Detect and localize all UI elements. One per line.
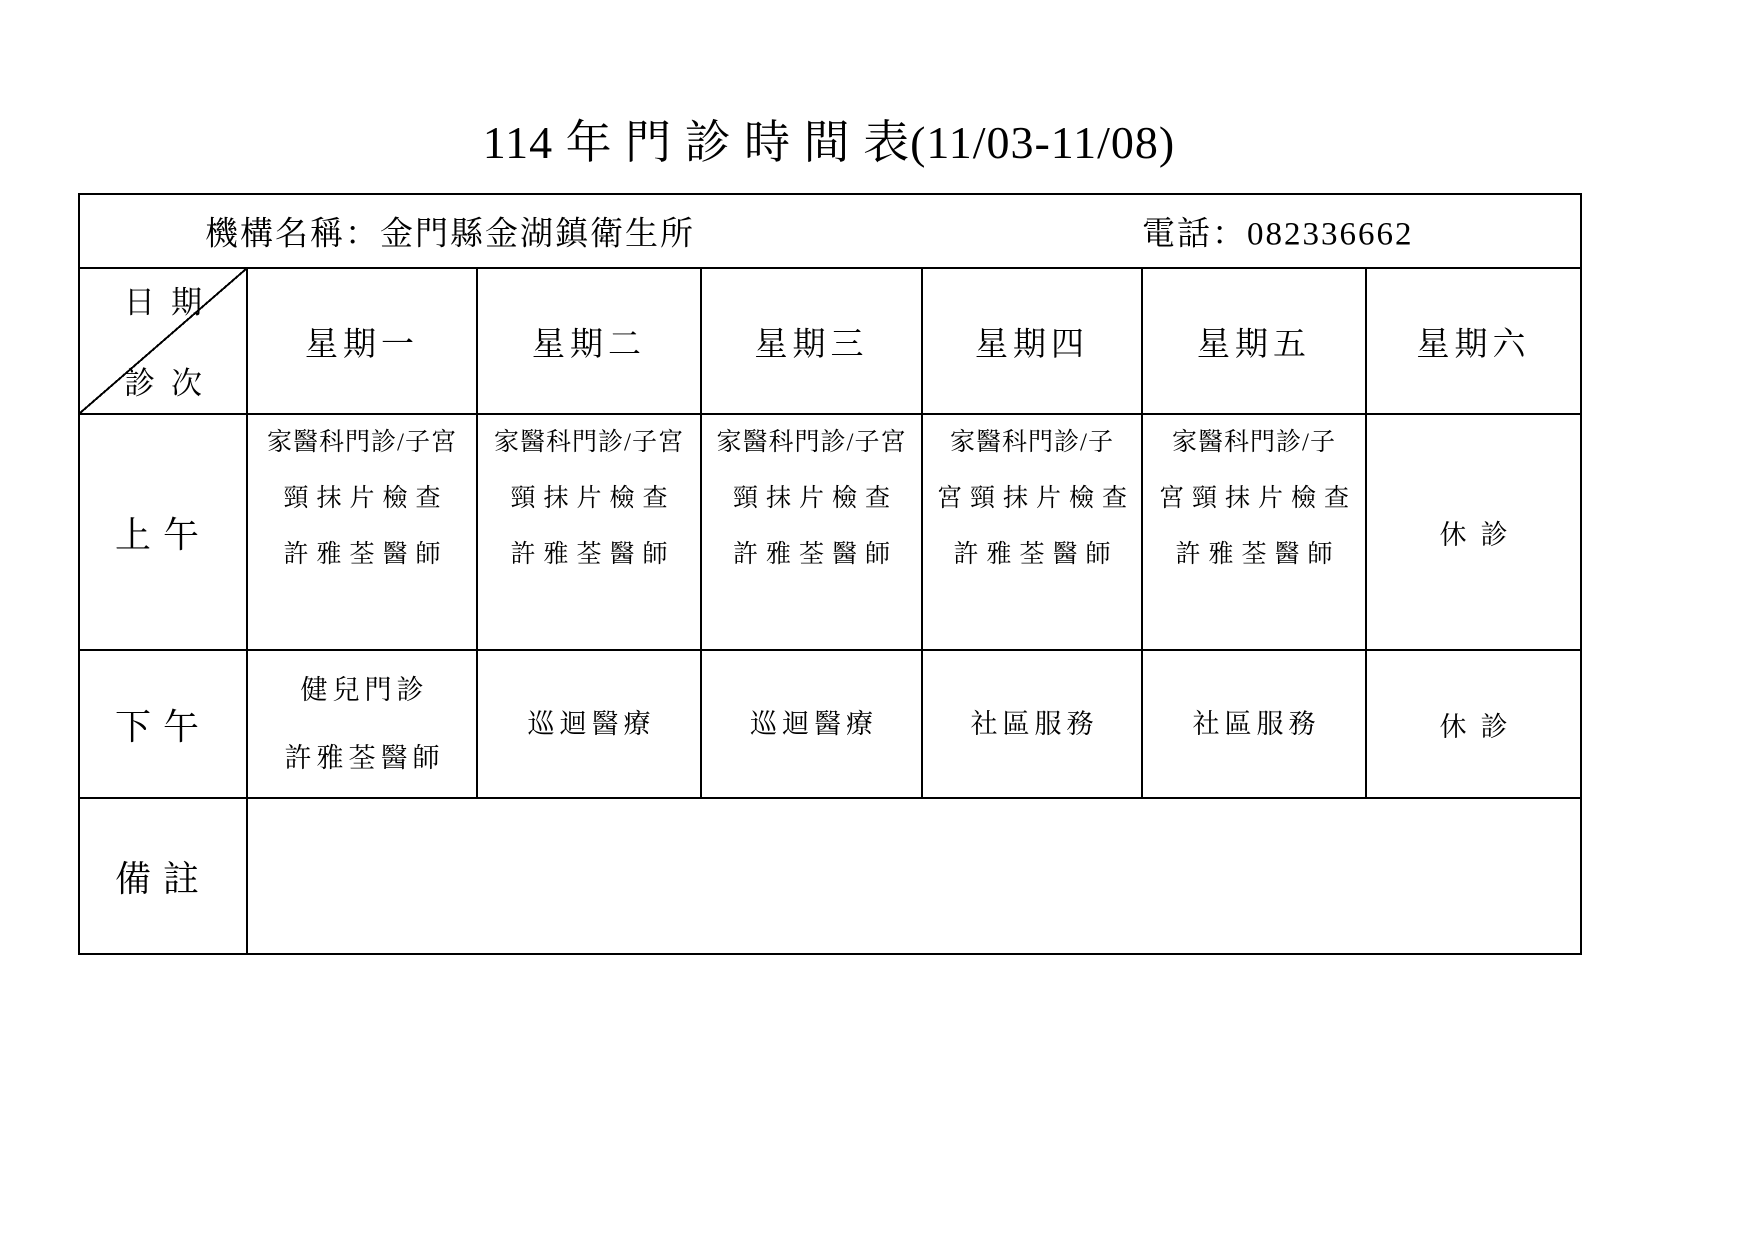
cell-afternoon-tuesday: 巡迴醫療: [477, 650, 701, 798]
cell-line: 頸抹片檢查: [478, 471, 700, 527]
cell-line: 休診: [1367, 513, 1580, 552]
cell-line: 社區服務: [923, 690, 1141, 758]
cell-line: 家醫科門診/子宮: [702, 415, 921, 471]
day-header-tuesday: 星期二: [477, 268, 701, 414]
corner-cell-date-session: 日期 診次: [79, 268, 247, 414]
institution-name: 機構名稱：金門縣金湖鎮衛生所: [205, 208, 695, 255]
cell-line: 社區服務: [1143, 690, 1365, 758]
cell-line: 許雅荃醫師: [248, 724, 476, 792]
cell-line: 許雅荃醫師: [1143, 527, 1365, 583]
cell-afternoon-wednesday: 巡迴醫療: [701, 650, 922, 798]
cell-afternoon-monday: 健兒門診 許雅荃醫師: [247, 650, 477, 798]
row-label-afternoon: 下午: [79, 650, 247, 798]
cell-morning-saturday: 休診: [1366, 414, 1581, 650]
cell-line: 頸抹片檢查: [248, 471, 476, 527]
afternoon-row: 下午 健兒門診 許雅荃醫師 巡迴醫療 巡迴醫療 社區服務 社區服務 休診: [79, 650, 1581, 798]
cell-line: 家醫科門診/子宮: [248, 415, 476, 471]
morning-row: 上午 家醫科門診/子宮 頸抹片檢查 許雅荃醫師 家醫科門診/子宮 頸抹片檢查 許…: [79, 414, 1581, 650]
corner-label-session: 診次: [80, 358, 246, 403]
row-label-remarks: 備註: [79, 798, 247, 954]
cell-line: 許雅荃醫師: [702, 527, 921, 583]
corner-label-date: 日期: [80, 277, 246, 322]
day-header-thursday: 星期四: [922, 268, 1142, 414]
cell-line: 許雅荃醫師: [248, 527, 476, 583]
cell-morning-wednesday: 家醫科門診/子宮 頸抹片檢查 許雅荃醫師: [701, 414, 922, 650]
cell-line: 巡迴醫療: [702, 690, 921, 758]
cell-line: 許雅荃醫師: [923, 527, 1141, 583]
cell-afternoon-friday: 社區服務: [1142, 650, 1366, 798]
cell-line: 健兒門診: [248, 656, 476, 724]
cell-line: 宮頸抹片檢查: [1143, 471, 1365, 527]
phone-number: 電話：082336662: [1142, 208, 1414, 255]
cell-line: 頸抹片檢查: [702, 471, 921, 527]
page-title: 114 年 門 診 時 間 表(11/03-11/08): [78, 106, 1580, 172]
cell-line: 家醫科門診/子宮: [478, 415, 700, 471]
cell-morning-monday: 家醫科門診/子宮 頸抹片檢查 許雅荃醫師: [247, 414, 477, 650]
cell-line: 休診: [1367, 705, 1580, 744]
cell-line: 家醫科門診/子: [1143, 415, 1365, 471]
cell-line: 宮頸抹片檢查: [923, 471, 1141, 527]
day-header-friday: 星期五: [1142, 268, 1366, 414]
info-row: 機構名稱：金門縣金湖鎮衛生所 電話：082336662: [79, 194, 1581, 268]
day-header-monday: 星期一: [247, 268, 477, 414]
row-label-morning: 上午: [79, 414, 247, 650]
day-header-wednesday: 星期三: [701, 268, 922, 414]
cell-morning-thursday: 家醫科門診/子 宮頸抹片檢查 許雅荃醫師: [922, 414, 1142, 650]
day-header-saturday: 星期六: [1366, 268, 1581, 414]
cell-line: 巡迴醫療: [478, 690, 700, 758]
info-cell: 機構名稱：金門縣金湖鎮衛生所 電話：082336662: [79, 194, 1581, 268]
cell-morning-friday: 家醫科門診/子 宮頸抹片檢查 許雅荃醫師: [1142, 414, 1366, 650]
cell-afternoon-thursday: 社區服務: [922, 650, 1142, 798]
schedule-table: 機構名稱：金門縣金湖鎮衛生所 電話：082336662 日期 診次 星期一 星期…: [78, 193, 1582, 955]
cell-line: 家醫科門診/子: [923, 415, 1141, 471]
remarks-content-cell: [247, 798, 1581, 954]
cell-morning-tuesday: 家醫科門診/子宮 頸抹片檢查 許雅荃醫師: [477, 414, 701, 650]
remarks-row: 備註: [79, 798, 1581, 954]
weekday-header-row: 日期 診次 星期一 星期二 星期三 星期四 星期五 星期六: [79, 268, 1581, 414]
cell-line: 許雅荃醫師: [478, 527, 700, 583]
cell-afternoon-saturday: 休診: [1366, 650, 1581, 798]
